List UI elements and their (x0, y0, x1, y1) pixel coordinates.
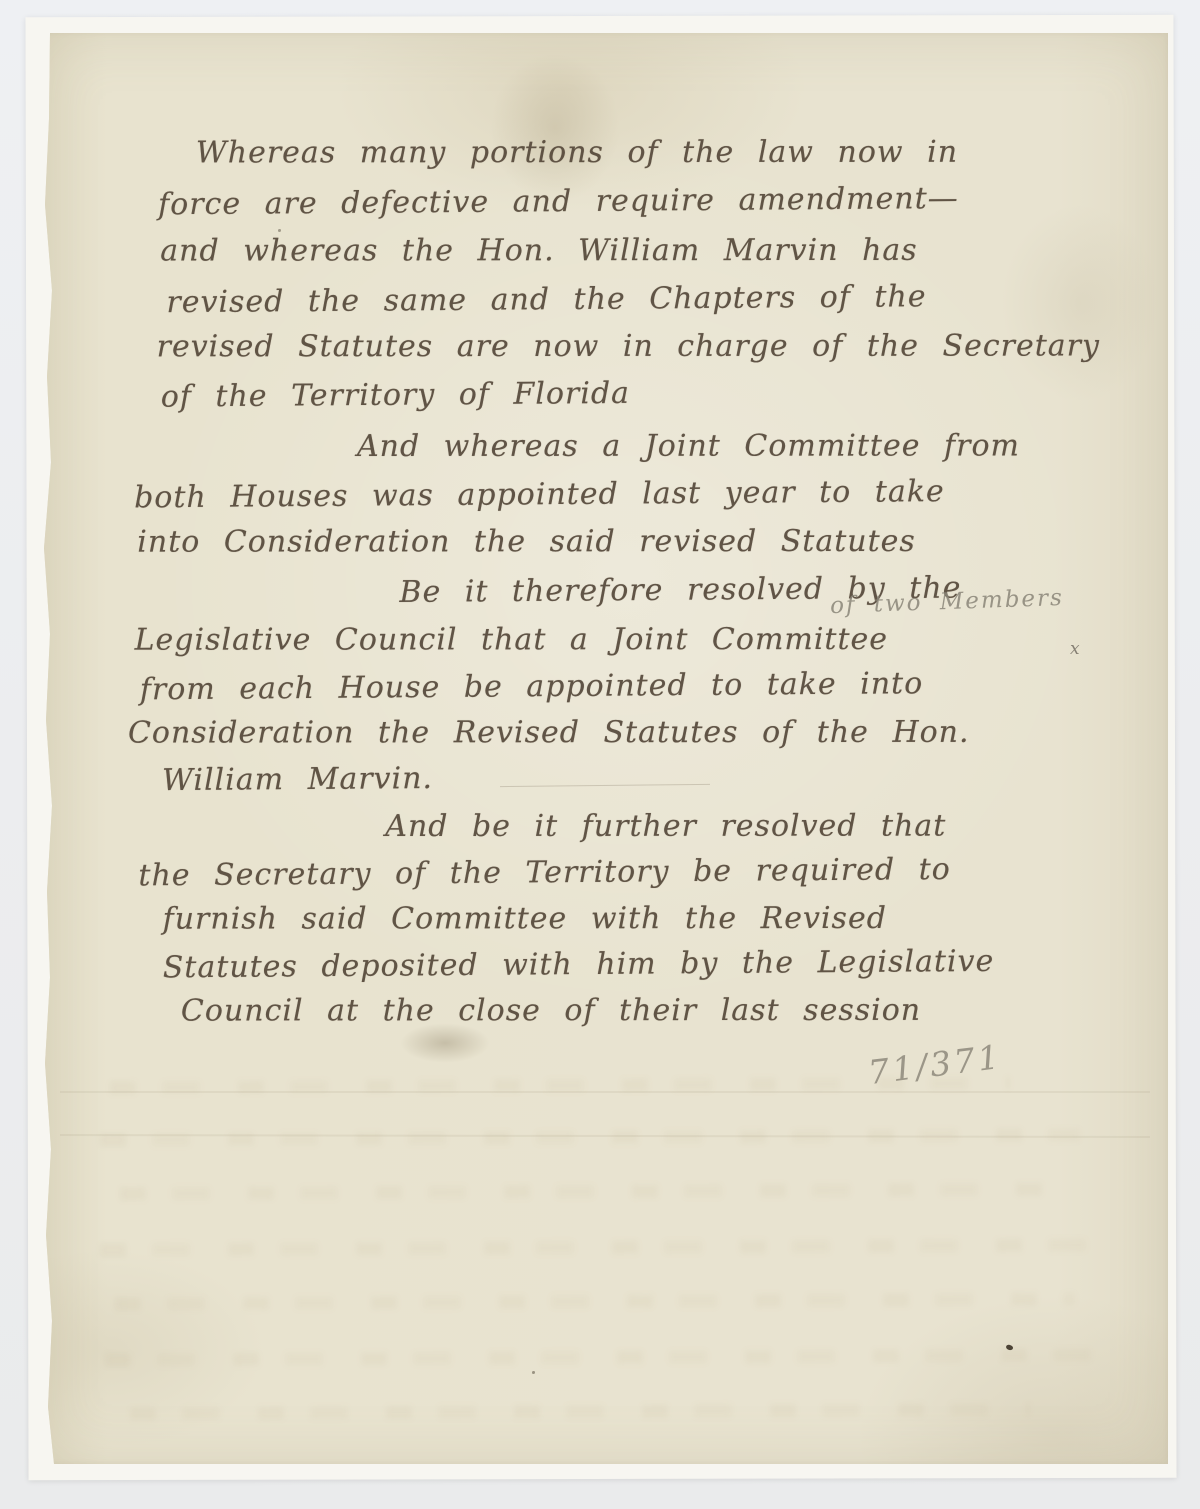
manuscript-line: of the Territory of Florida (161, 376, 630, 415)
manuscript-line: both Houses was appointed last year to t… (134, 474, 945, 515)
manuscript-line: and whereas the Hon. William Marvin has (160, 233, 917, 269)
manuscript-line: William Marvin. (162, 761, 433, 798)
manuscript-line: from each House be appointed to take int… (140, 666, 924, 707)
manuscript-line: revised the same and the Chapters of the (166, 279, 926, 320)
manuscript-page: Whereas many portions of the law now in … (40, 33, 1168, 1464)
manuscript-line: the Secretary of the Territory be requir… (138, 852, 951, 893)
manuscript-line: And whereas a Joint Committee from (357, 428, 1020, 464)
manuscript-line: Whereas many portions of the law now in (196, 135, 958, 171)
manuscript-line: Statutes deposited with him by the Legis… (163, 944, 995, 986)
manuscript-line: furnish said Committee with the Revised (163, 901, 887, 937)
manuscript-line: And be it further resolved that (385, 809, 946, 844)
manuscript-line: into Consideration the said revised Stat… (137, 524, 916, 560)
manuscript-line: Legislative Council that a Joint Committ… (135, 622, 888, 658)
pencil-caret-mark: x (1070, 639, 1080, 659)
manuscript-line: force are defective and require amendmen… (158, 181, 959, 222)
manuscript-line: Council at the close of their last sessi… (181, 993, 921, 1029)
manuscript-line: revised Statutes are now in charge of th… (157, 329, 1100, 365)
manuscript-line: Consideration the Revised Statutes of th… (128, 715, 970, 751)
